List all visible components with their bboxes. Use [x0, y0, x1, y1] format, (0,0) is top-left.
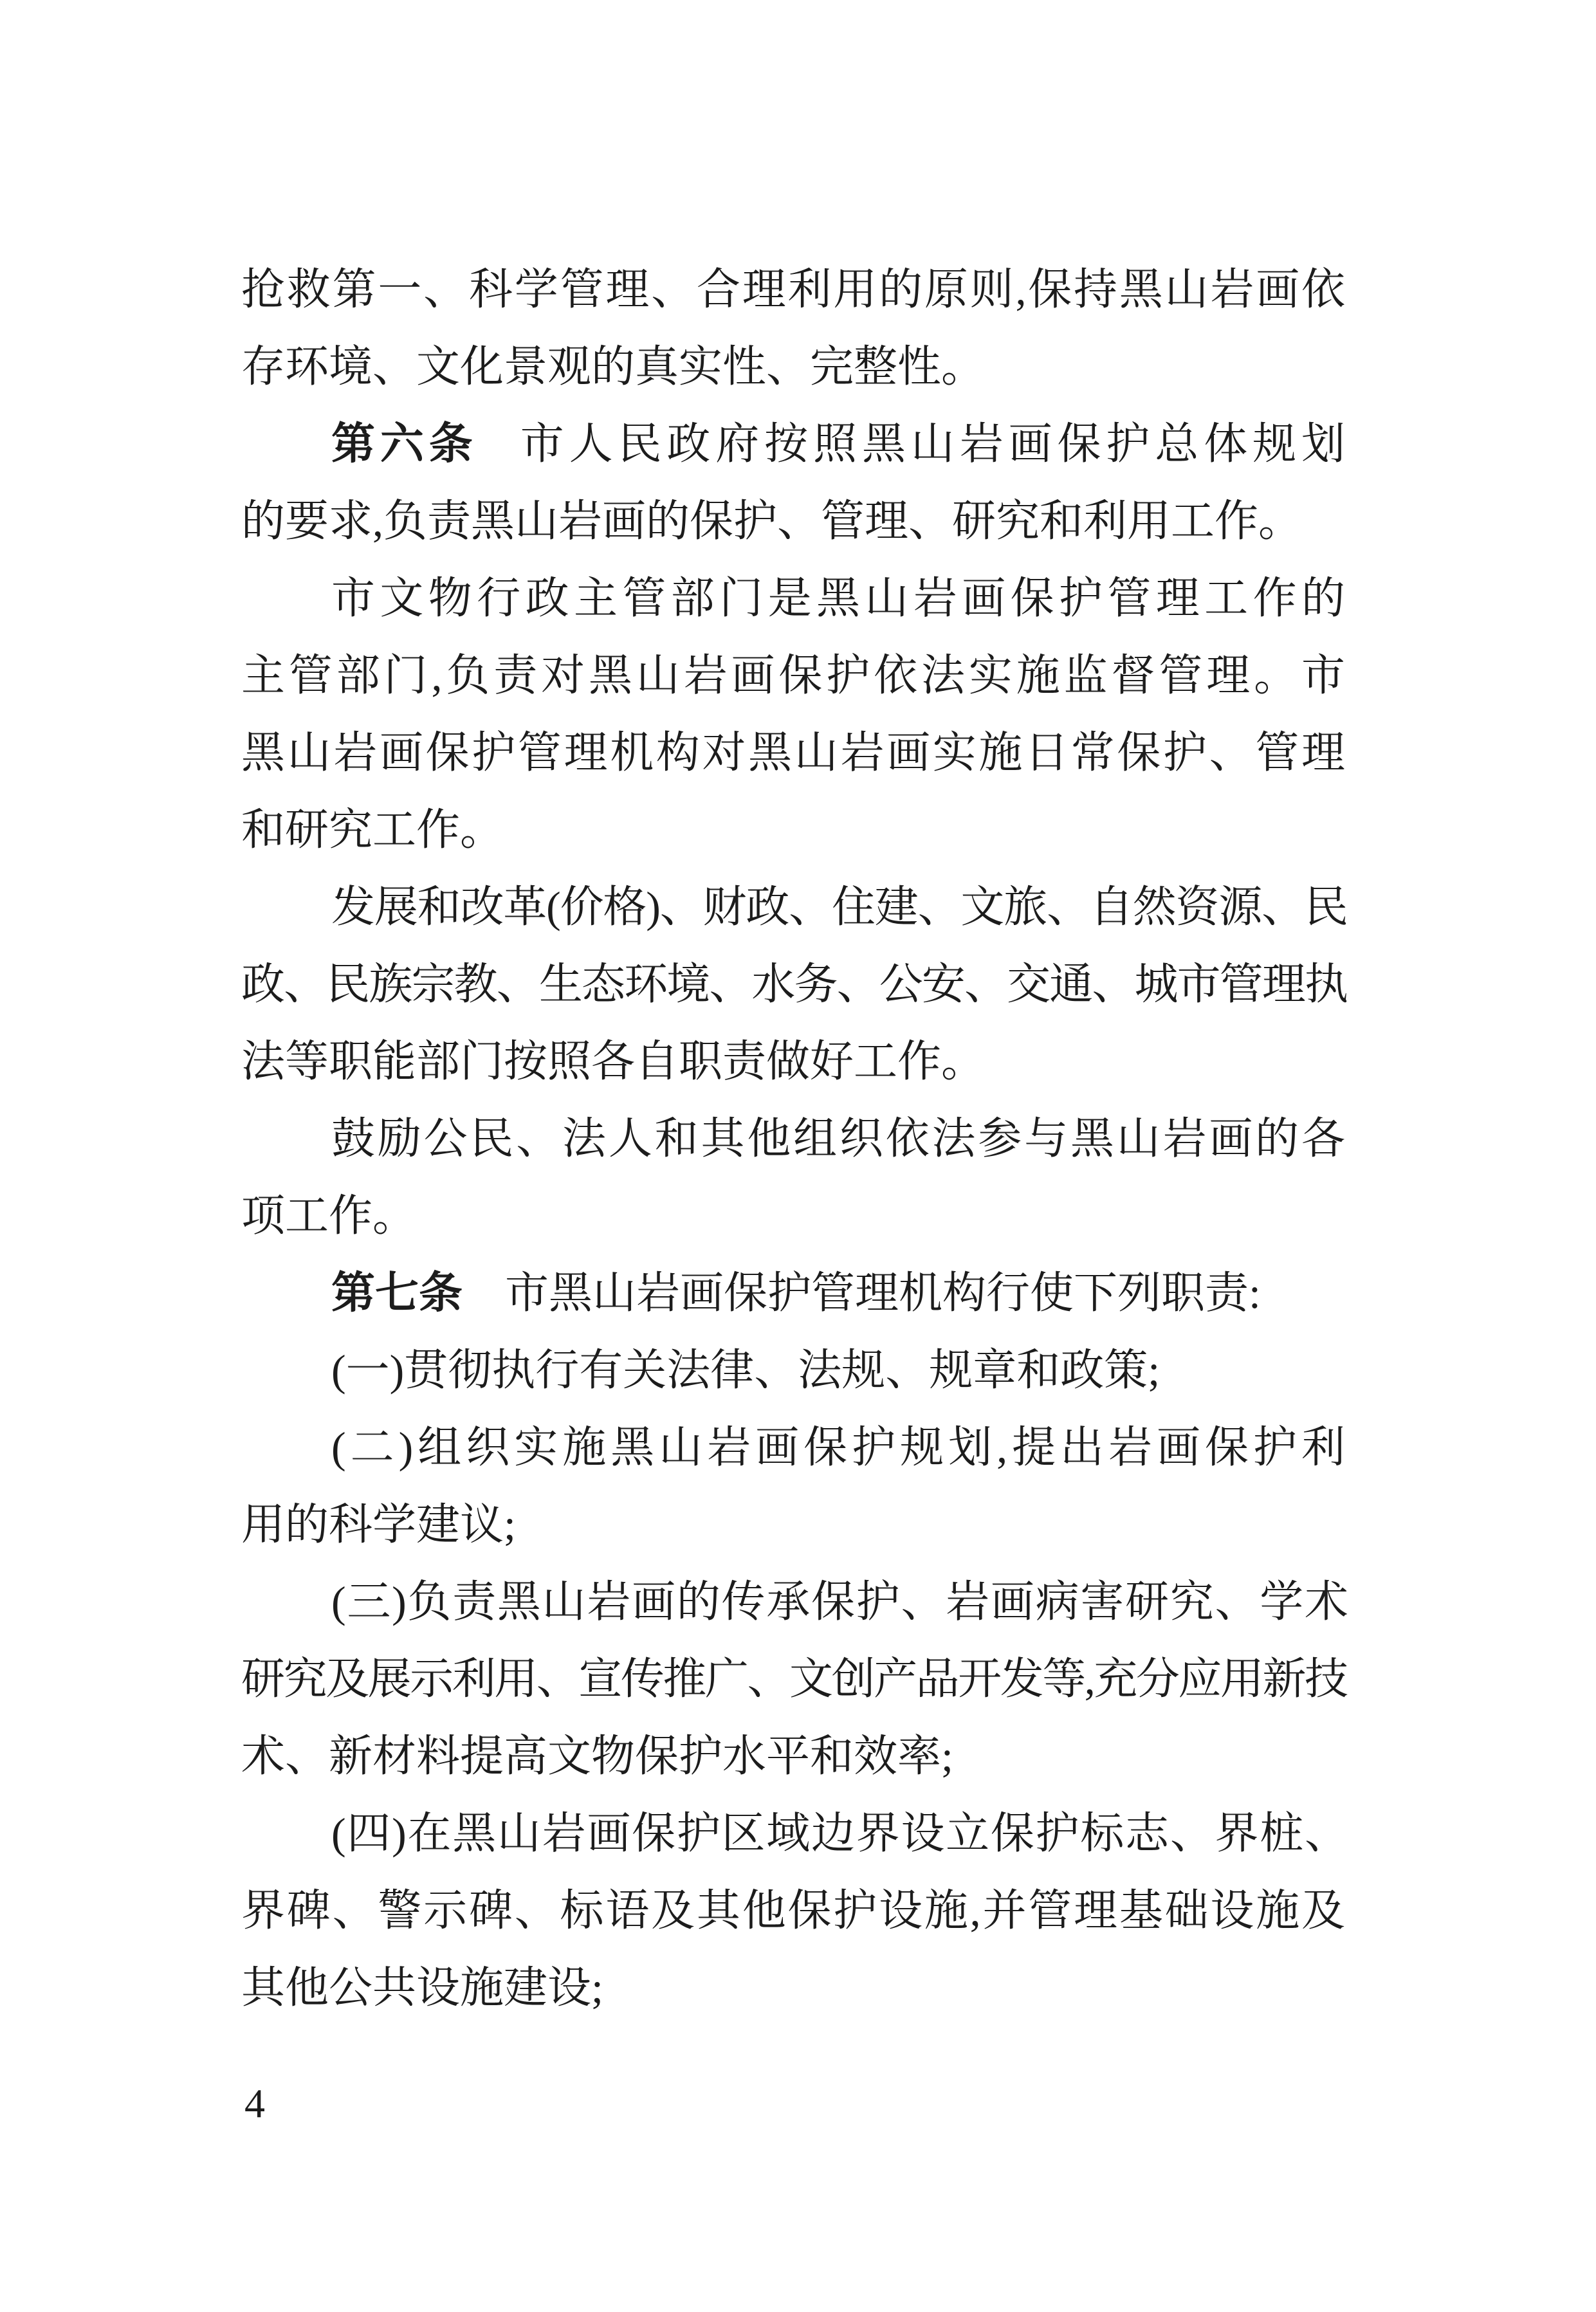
text-line: 存环境、文化景观的真实性、完整性。	[241, 328, 1345, 405]
text-line: (二)组织实施黑山岩画保护规划,提出岩画保护利	[241, 1409, 1345, 1486]
text-line: 法等职能部门按照各自职责做好工作。	[241, 1023, 1345, 1100]
text-line: 政、民族宗教、生态环境、水务、公安、交通、城市管理执	[241, 946, 1345, 1023]
text-line: 的要求,负责黑山岩画的保护、管理、研究和利用工作。	[241, 482, 1345, 560]
text-line: 第七条市黑山岩画保护管理机构行使下列职责:	[241, 1254, 1345, 1332]
text-line: 抢救第一、科学管理、合理利用的原则,保持黑山岩画依	[241, 251, 1345, 328]
line-text: 市黑山岩画保护管理机构行使下列职责:	[505, 1269, 1261, 1317]
document-page: 抢救第一、科学管理、合理利用的原则,保持黑山岩画依 存环境、文化景观的真实性、完…	[0, 0, 1596, 2312]
article-7-number: 第七条	[331, 1269, 463, 1317]
text-line: (三)负责黑山岩画的传承保护、岩画病害研究、学术	[241, 1563, 1345, 1640]
text-line: 其他公共设施建设;	[241, 1949, 1345, 2026]
article-6-number: 第六条	[331, 419, 478, 468]
body-text: 抢救第一、科学管理、合理利用的原则,保持黑山岩画依 存环境、文化景观的真实性、完…	[241, 251, 1345, 2026]
text-line: 术、新材料提高文物保护水平和效率;	[241, 1718, 1345, 1795]
text-line: 黑山岩画保护管理机构对黑山岩画实施日常保护、管理	[241, 714, 1345, 791]
text-line: (一)贯彻执行有关法律、法规、规章和政策;	[241, 1332, 1345, 1409]
text-line: 发展和改革(价格)、财政、住建、文旅、自然资源、民	[241, 868, 1345, 946]
text-line: 主管部门,负责对黑山岩画保护依法实施监督管理。市	[241, 637, 1345, 714]
text-line: 和研究工作。	[241, 791, 1345, 868]
text-line: 用的科学建议;	[241, 1486, 1345, 1563]
text-line: 研究及展示利用、宣传推广、文创产品开发等,充分应用新技	[241, 1640, 1345, 1718]
line-text: 市人民政府按照黑山岩画保护总体规划	[520, 419, 1345, 468]
text-line: 界碑、警示碑、标语及其他保护设施,并管理基础设施及	[241, 1872, 1345, 1949]
page-number: 4	[244, 2068, 265, 2139]
text-line: 第六条市人民政府按照黑山岩画保护总体规划	[241, 405, 1345, 482]
text-line: 市文物行政主管部门是黑山岩画保护管理工作的	[241, 560, 1345, 637]
text-line: 鼓励公民、法人和其他组织依法参与黑山岩画的各	[241, 1100, 1345, 1177]
text-line: 项工作。	[241, 1177, 1345, 1254]
text-line: (四)在黑山岩画保护区域边界设立保护标志、界桩、	[241, 1795, 1345, 1872]
